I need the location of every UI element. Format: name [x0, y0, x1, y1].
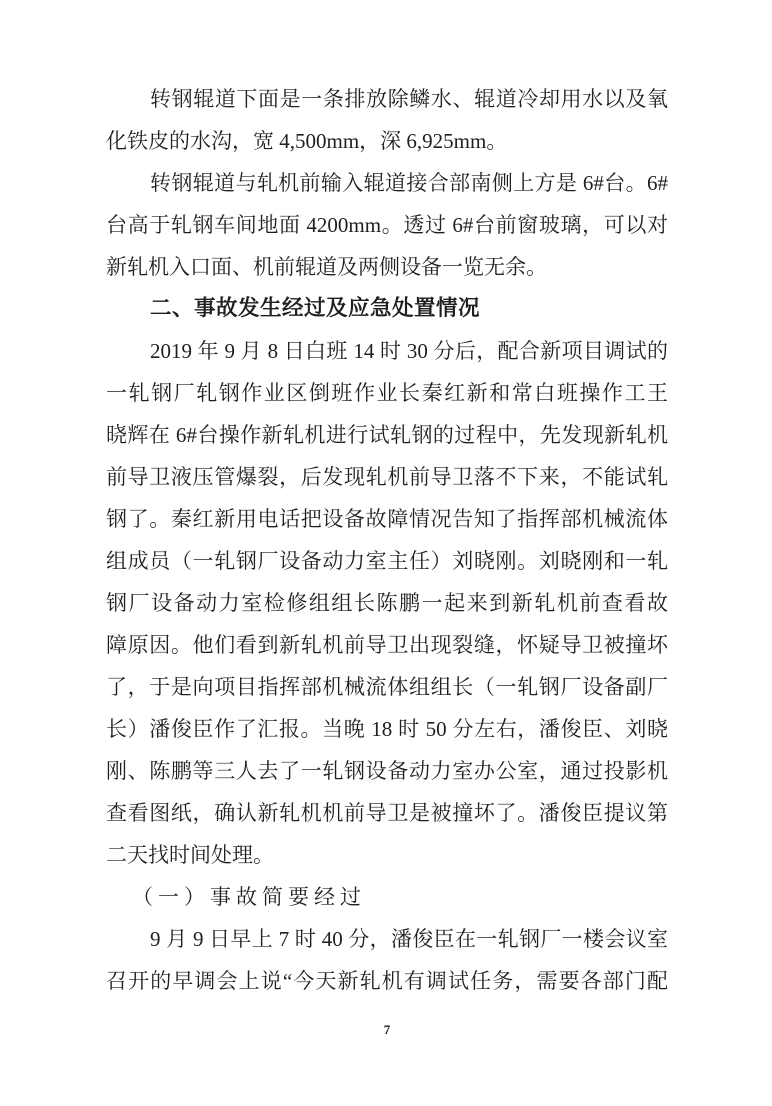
paragraph-line: 了，于是向项目指挥部机械流体组组长（一轧钢厂设备副厂: [106, 666, 668, 708]
paragraph-line: 刚、陈鹏等三人去了一轧钢设备动力室办公室，通过投影机: [106, 750, 668, 792]
paragraph-line: 前导卫液压管爆裂，后发现轧机前导卫落不下来，不能试轧: [106, 456, 668, 498]
paragraph-line: 长）潘俊臣作了汇报。当晚 18 时 50 分左右，潘俊臣、刘晓: [106, 708, 668, 750]
paragraph-line: 台高于轧钢车间地面 4200mm。透过 6#台前窗玻璃，可以对: [106, 204, 668, 246]
paragraph-line: 召开的早调会上说“今天新轧机有调试任务，需要各部门配: [106, 960, 668, 1002]
paragraph-line: 一轧钢厂轧钢作业区倒班作业长秦红新和常白班操作工王: [106, 372, 668, 414]
paragraph-line: 障原因。他们看到新轧机前导卫出现裂缝，怀疑导卫被撞坏: [106, 624, 668, 666]
paragraph-line: 二天找时间处理。: [106, 834, 668, 876]
paragraph-line: 钢厂设备动力室检修组组长陈鹏一起来到新轧机前查看故: [106, 582, 668, 624]
paragraph-line: 转钢辊道下面是一条排放除鳞水、辊道冷却用水以及氧: [106, 78, 668, 120]
paragraph-line: 查看图纸，确认新轧机机前导卫是被撞坏了。潘俊臣提议第: [106, 792, 668, 834]
paragraph-line: 转钢辊道与轧机前输入辊道接合部南侧上方是 6#台。6#: [106, 162, 668, 204]
paragraph-line: 2019 年 9 月 8 日白班 14 时 30 分后，配合新项目调试的: [106, 330, 668, 372]
paragraph-line: 新轧机入口面、机前辊道及两侧设备一览无余。: [106, 246, 668, 288]
section-heading: 二、事故发生经过及应急处置情况: [106, 288, 668, 330]
paragraph-line: 晓辉在 6#台操作新轧机进行试轧钢的过程中，先发现新轧机: [106, 414, 668, 456]
page-number: 7: [106, 1022, 668, 1038]
text-column: 转钢辊道下面是一条排放除鳞水、辊道冷却用水以及氧 化铁皮的水沟，宽 4,500m…: [106, 78, 668, 1002]
document-page: 转钢辊道下面是一条排放除鳞水、辊道冷却用水以及氧 化铁皮的水沟，宽 4,500m…: [0, 0, 772, 1106]
paragraph-line: 9 月 9 日早上 7 时 40 分，潘俊臣在一轧钢厂一楼会议室: [106, 918, 668, 960]
paragraph-line: 化铁皮的水沟，宽 4,500mm，深 6,925mm。: [106, 120, 668, 162]
paragraph-line: 组成员（一轧钢厂设备动力室主任）刘晓刚。刘晓刚和一轧: [106, 540, 668, 582]
paragraph-line: 钢了。秦红新用电话把设备故障情况告知了指挥部机械流体: [106, 498, 668, 540]
subsection-heading: （一）事故简要经过: [106, 876, 668, 918]
